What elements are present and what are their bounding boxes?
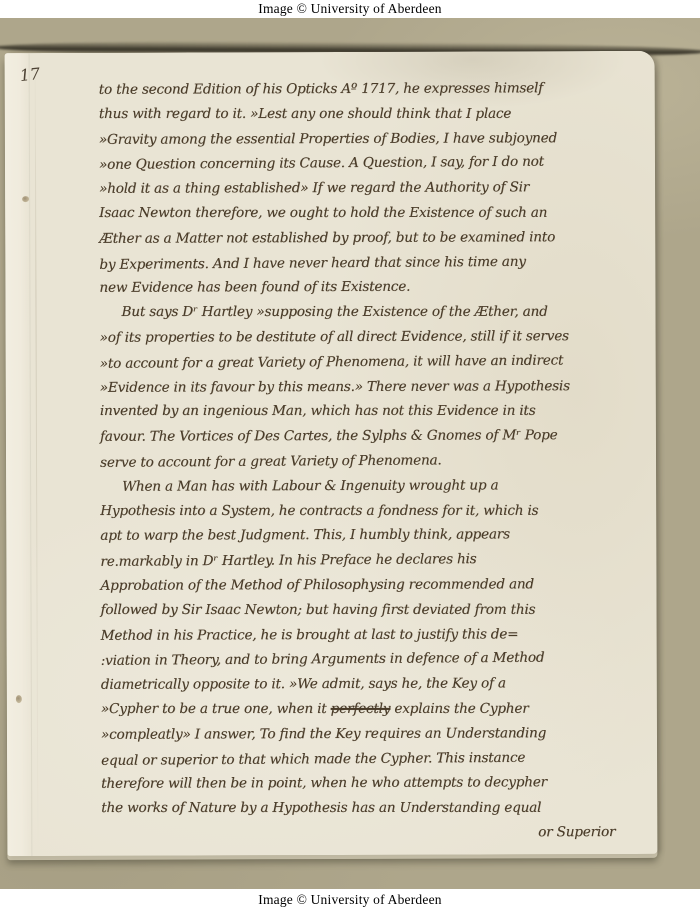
manuscript-line: »to account for a great Variety of Pheno… [100,348,648,377]
manuscript-line: »Gravity among the essential Properties … [99,125,647,152]
paper-speck [16,695,22,703]
manuscript-line: equal or superior to that which made the… [101,744,649,773]
bottom-copyright-caption: Image © University of Aberdeen [0,889,700,910]
manuscript-line: serve to account for a great Variety of … [100,447,648,476]
manuscript-line: re.markably in Dʳ Hartley. In his Prefac… [100,546,648,575]
manuscript-line: invented by an ingenious Man, which has … [100,399,648,424]
page-number: 17 [19,64,41,85]
top-copyright-text: Image © University of Aberdeen [258,1,441,17]
line-text-pre: »Cypher to be a true one, when it [101,701,331,717]
manuscript-line: therefore will then be in point, when he… [101,770,649,797]
manuscript-page: 17 to the second Edition of his Opticks … [5,51,658,856]
manuscript-line: Approbation of the Method of Philosophys… [100,572,648,599]
manuscript-line: Hypothesis into a System, he contracts a… [100,498,648,523]
manuscript-line: Method in his Practice, he is brought at… [101,621,649,648]
manuscript-line: favour. The Vortices of Des Cartes, the … [100,423,648,450]
top-copyright-caption: Image © University of Aberdeen [0,0,700,18]
manuscript-line: »of its properties to be destitute of al… [100,324,648,351]
manuscript-line: thus with regard to it. »Lest any one sh… [99,102,647,127]
handwritten-text-block: to the second Edition of his Opticks Aº … [99,76,650,847]
manuscript-line: Isaac Newton therefore, we ought to hold… [99,201,647,226]
manuscript-line-with-strikethrough: »Cypher to be a true one, when it perfec… [101,697,649,722]
manuscript-line: Æther as a Matter not established by pro… [99,225,647,252]
manuscript-line: :viation in Theory, and to bring Argumen… [101,645,649,674]
manuscript-line: followed by Sir Isaac Newton; but having… [101,597,649,622]
line-text-post: explains the Cypher [390,701,528,717]
struck-word: perfectly [331,701,391,717]
manuscript-line: »Evidence in its favour by this means.» … [100,373,648,400]
manuscript-line: by Experiments. And I have never heard t… [99,248,647,277]
manuscript-line: apt to warp the best Judgment. This, I h… [100,522,648,549]
manuscript-line: But says Dʳ Hartley »supposing the Exist… [100,300,648,325]
manuscript-line: diametrically opposite to it. »We admit,… [101,671,649,698]
catchword: or Superior [101,820,649,847]
manuscript-line: new Evidence has been found of its Exist… [99,274,647,301]
manuscript-line: »hold it as a thing established» If we r… [99,175,647,202]
manuscript-line: to the second Edition of his Opticks Aº … [99,76,647,103]
bottom-copyright-text: Image © University of Aberdeen [258,892,441,908]
manuscript-line: »one Question concerning its Cause. A Qu… [99,149,647,178]
manuscript-line: When a Man has with Labour & Ingenuity w… [100,473,648,500]
manuscript-scan: 17 to the second Edition of his Opticks … [0,18,700,889]
manuscript-line: »compleatly» I answer, To find the Key r… [101,721,649,748]
paper-speck [22,196,29,202]
manuscript-line: the works of Nature by a Hypothesis has … [101,796,649,821]
